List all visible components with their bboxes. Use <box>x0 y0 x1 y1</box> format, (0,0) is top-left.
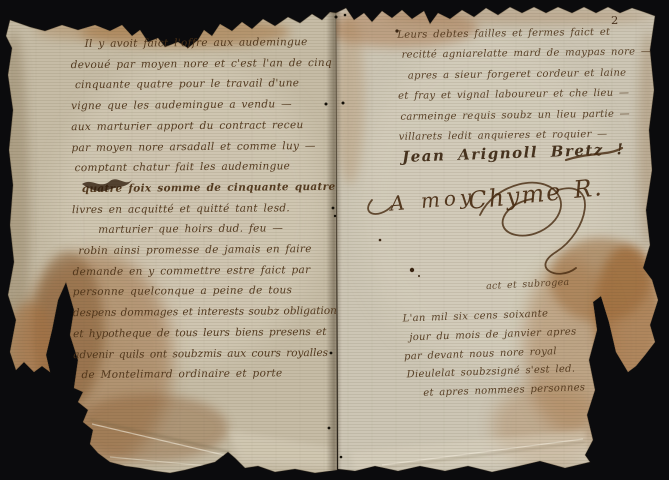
left-page-text: Il y avoit faict l'offre aux audemingue … <box>70 32 335 386</box>
right-page-text-closing: L'an mil six cens soixante jour du mois … <box>402 304 605 405</box>
manuscript-line: Il y avoit faict l'offre aux audemingue <box>84 32 332 55</box>
right-page-text-top: Leurs debtes failles et fermes faict et … <box>397 22 657 148</box>
manuscript-line: livres en acquitté et quitté tant lesd. <box>72 197 334 220</box>
manuscript-line: marturier que hoirs dud. feu — <box>98 218 334 241</box>
manuscript-scan: Il y avoit faict l'offre aux audemingue … <box>0 0 669 480</box>
manuscript-line: par moyen nore arsadall et comme luy — <box>71 135 333 158</box>
manuscript-line: cinquante quatre pour le travail d'une <box>75 73 333 96</box>
manuscript-line: carmeinge requis soubz un lieu partie — <box>400 104 656 128</box>
page-number: 2 <box>611 13 619 27</box>
manuscript-line: robin ainsi promesse de jamais en faire <box>78 239 334 262</box>
manuscript-line: demande en y commettre estre faict par <box>72 260 334 283</box>
manuscript-line: vigne que les audemingue a vendu — <box>71 94 333 117</box>
manuscript-line: despens dommages et interests soubz obli… <box>73 301 335 324</box>
manuscript-line: comptant chatur fait les audemingue <box>75 156 334 179</box>
manuscript-line: devoué par moyen nore et c'est l'an de c… <box>71 53 333 76</box>
manuscript-line: quatre foix somme de cinquante quatre <box>82 177 334 200</box>
manuscript-line: advenir quils ont soubzmis aux cours roy… <box>73 342 335 365</box>
manuscript-line: personne quelconque a peine de tous <box>73 280 335 303</box>
manuscript-line: de Montelimard ordinaire et porte <box>81 363 335 386</box>
manuscript-line: et hypotheque de tous leurs biens presen… <box>73 322 335 345</box>
manuscript-line: aux marturier apport du contract receu <box>71 115 333 138</box>
